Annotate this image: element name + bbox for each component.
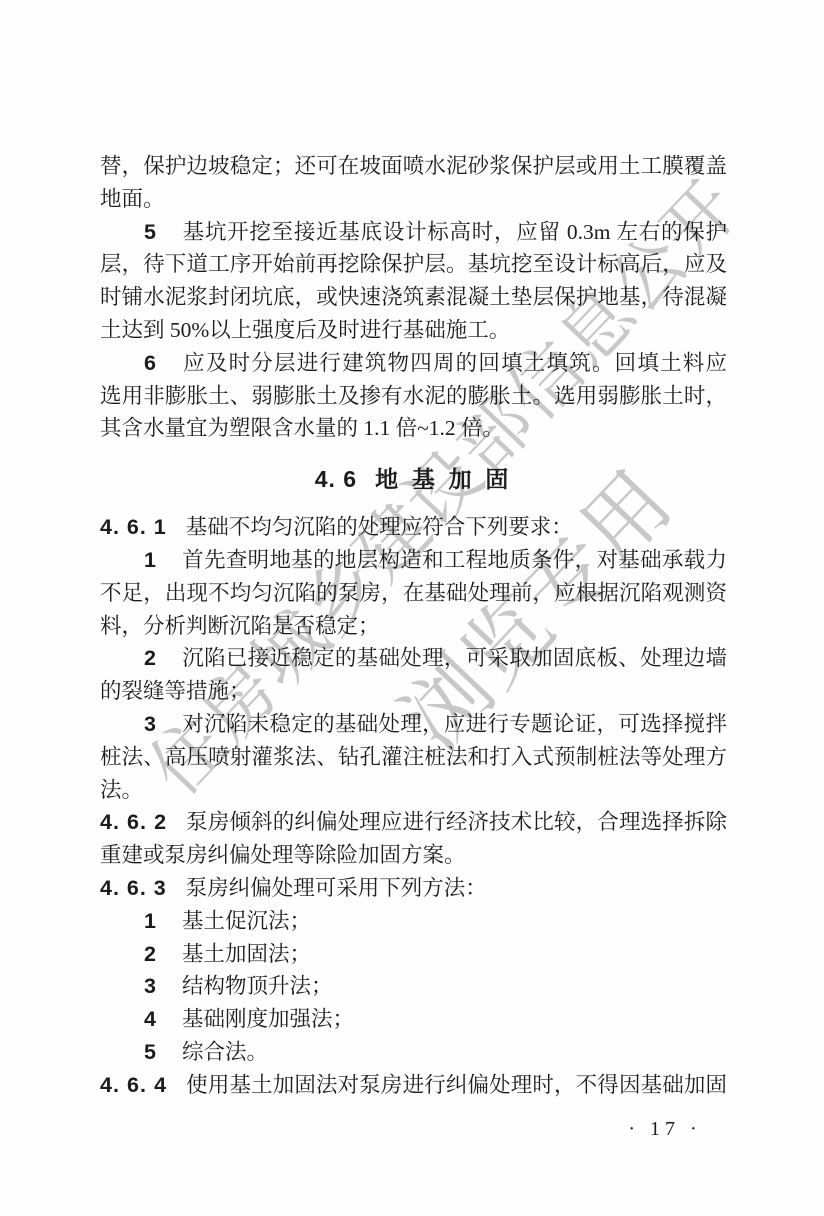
item-number: 5 bbox=[144, 1040, 156, 1064]
body-text-line: 选用非膨胀土、弱膨胀土及掺有水泥的膨胀土。选用弱膨胀土时， bbox=[100, 380, 727, 413]
line-text: 应及时分层进行建筑物四周的回填土填筑。回填土料应 bbox=[182, 351, 727, 375]
clause-number: 4. 6. 3 bbox=[100, 876, 167, 900]
body-text-line: 土达到 50%以上强度后及时进行基础施工。 bbox=[100, 314, 727, 347]
clause-line: 4. 6. 1基础不均匀沉陷的处理应符合下列要求： bbox=[100, 511, 727, 544]
line-text: 使用基土加固法对泵房进行纠偏处理时，不得因基础加固 bbox=[186, 1073, 727, 1097]
body-text-line: 其含水量宜为塑限含水量的 1.1 倍~1.2 倍。 bbox=[100, 412, 727, 445]
list-item-line: 1首先查明地基的地层构造和工程地质条件，对基础承载力 bbox=[100, 544, 727, 577]
clause-number: 4. 6. 1 bbox=[100, 515, 167, 539]
line-text: 泵房倾斜的纠偏处理应进行经济技术比较，合理选择拆除 bbox=[186, 810, 727, 834]
body-text-line: 法。 bbox=[100, 774, 727, 807]
line-text: 基础刚度加强法； bbox=[182, 1007, 354, 1031]
clause-number: 4. 6. 4 bbox=[100, 1073, 167, 1097]
list-item-line: 3结构物顶升法； bbox=[100, 970, 727, 1003]
body-text-line: 桩法、高压喷射灌浆法、钻孔灌注桩法和打入式预制桩法等处理方 bbox=[100, 741, 727, 774]
list-item-line: 2基土加固法； bbox=[100, 938, 727, 971]
line-text: 时铺水泥浆封闭坑底，或快速浇筑素混凝土垫层保护地基，待混凝 bbox=[100, 285, 727, 309]
line-text: 土达到 50%以上强度后及时进行基础施工。 bbox=[100, 318, 510, 342]
page-number: · 17 · bbox=[600, 1118, 730, 1141]
item-number: 2 bbox=[144, 942, 156, 966]
line-text: 替，保护边坡稳定；还可在坡面喷水泥砂浆保护层或用土工膜覆盖 bbox=[100, 154, 727, 178]
line-text: 基坑开挖至接近基底设计标高时，应留 0.3m 左右的保护 bbox=[182, 220, 727, 244]
line-text: 的裂缝等措施； bbox=[100, 679, 251, 703]
item-number: 2 bbox=[144, 646, 156, 670]
item-number: 3 bbox=[144, 974, 156, 998]
line-text: 地面。 bbox=[100, 187, 165, 211]
body-text-line: 时铺水泥浆封闭坑底，或快速浇筑素混凝土垫层保护地基，待混凝 bbox=[100, 281, 727, 314]
line-text: 重建或泵房纠偏处理等除险加固方案。 bbox=[100, 843, 466, 867]
item-number: 4 bbox=[144, 1007, 156, 1031]
clause-number: 4. 6. 2 bbox=[100, 810, 167, 834]
clause-line: 4. 6. 3泵房纠偏处理可采用下列方法： bbox=[100, 872, 727, 905]
item-number: 5 bbox=[144, 220, 156, 244]
section-number: 4. 6 bbox=[315, 466, 357, 492]
item-number: 3 bbox=[144, 712, 156, 736]
line-text: 基土加固法； bbox=[182, 942, 311, 966]
line-text: 沉陷已接近稳定的基础处理，可采取加固底板、处理边墙 bbox=[182, 646, 727, 670]
line-text: 料，分析判断沉陷是否稳定； bbox=[100, 614, 380, 638]
list-item-line: 3对沉陷未稳定的基础处理，应进行专题论证，可选择搅拌 bbox=[100, 708, 727, 741]
list-item-line: 6应及时分层进行建筑物四周的回填土填筑。回填土料应 bbox=[100, 347, 727, 380]
line-text: 桩法、高压喷射灌浆法、钻孔灌注桩法和打入式预制桩法等处理方 bbox=[100, 745, 727, 769]
body-text-line: 料，分析判断沉陷是否稳定； bbox=[100, 610, 727, 643]
line-text: 不足，出现不均匀沉陷的泵房，在基础处理前，应根据沉陷观测资 bbox=[100, 581, 727, 605]
list-item-line: 5综合法。 bbox=[100, 1036, 727, 1069]
body-text-line: 不足，出现不均匀沉陷的泵房，在基础处理前，应根据沉陷观测资 bbox=[100, 577, 727, 610]
item-number: 1 bbox=[144, 909, 156, 933]
line-text: 法。 bbox=[100, 778, 143, 802]
body-text-line: 层，待下道工序开始前再挖除保护层。基坑挖至设计标高后，应及 bbox=[100, 248, 727, 281]
document-body: 替，保护边坡稳定；还可在坡面喷水泥砂浆保护层或用土工膜覆盖地面。5基坑开挖至接近… bbox=[100, 150, 727, 1102]
document-page: 住房城乡建设部信息公开 浏览专用 替，保护边坡稳定；还可在坡面喷水泥砂浆保护层或… bbox=[0, 0, 824, 1216]
body-text-line: 替，保护边坡稳定；还可在坡面喷水泥砂浆保护层或用土工膜覆盖 bbox=[100, 150, 727, 183]
line-text: 泵房纠偏处理可采用下列方法： bbox=[186, 876, 487, 900]
section-title: 地 基 加 固 bbox=[375, 467, 512, 492]
clause-line: 4. 6. 2泵房倾斜的纠偏处理应进行经济技术比较，合理选择拆除 bbox=[100, 806, 727, 839]
clause-line: 4. 6. 4使用基土加固法对泵房进行纠偏处理时，不得因基础加固 bbox=[100, 1069, 727, 1102]
line-text: 首先查明地基的地层构造和工程地质条件，对基础承载力 bbox=[182, 548, 727, 572]
section-heading: 4. 6地 基 加 固 bbox=[100, 461, 727, 498]
body-text-line: 地面。 bbox=[100, 183, 727, 216]
line-text: 综合法。 bbox=[182, 1040, 268, 1064]
list-item-line: 1基土促沉法； bbox=[100, 905, 727, 938]
list-item-line: 4基础刚度加强法； bbox=[100, 1003, 727, 1036]
list-item-line: 2沉陷已接近稳定的基础处理，可采取加固底板、处理边墙 bbox=[100, 642, 727, 675]
item-number: 1 bbox=[144, 548, 156, 572]
line-text: 其含水量宜为塑限含水量的 1.1 倍~1.2 倍。 bbox=[100, 416, 504, 440]
line-text: 基础不均匀沉陷的处理应符合下列要求： bbox=[186, 515, 573, 539]
line-text: 结构物顶升法； bbox=[182, 974, 333, 998]
list-item-line: 5基坑开挖至接近基底设计标高时，应留 0.3m 左右的保护 bbox=[100, 216, 727, 249]
line-text: 对沉陷未稳定的基础处理，应进行专题论证，可选择搅拌 bbox=[182, 712, 727, 736]
line-text: 选用非膨胀土、弱膨胀土及掺有水泥的膨胀土。选用弱膨胀土时， bbox=[100, 384, 727, 408]
body-text-line: 的裂缝等措施； bbox=[100, 675, 727, 708]
item-number: 6 bbox=[144, 351, 156, 375]
line-text: 层，待下道工序开始前再挖除保护层。基坑挖至设计标高后，应及 bbox=[100, 252, 727, 276]
line-text: 基土促沉法； bbox=[182, 909, 311, 933]
body-text-line: 重建或泵房纠偏处理等除险加固方案。 bbox=[100, 839, 727, 872]
